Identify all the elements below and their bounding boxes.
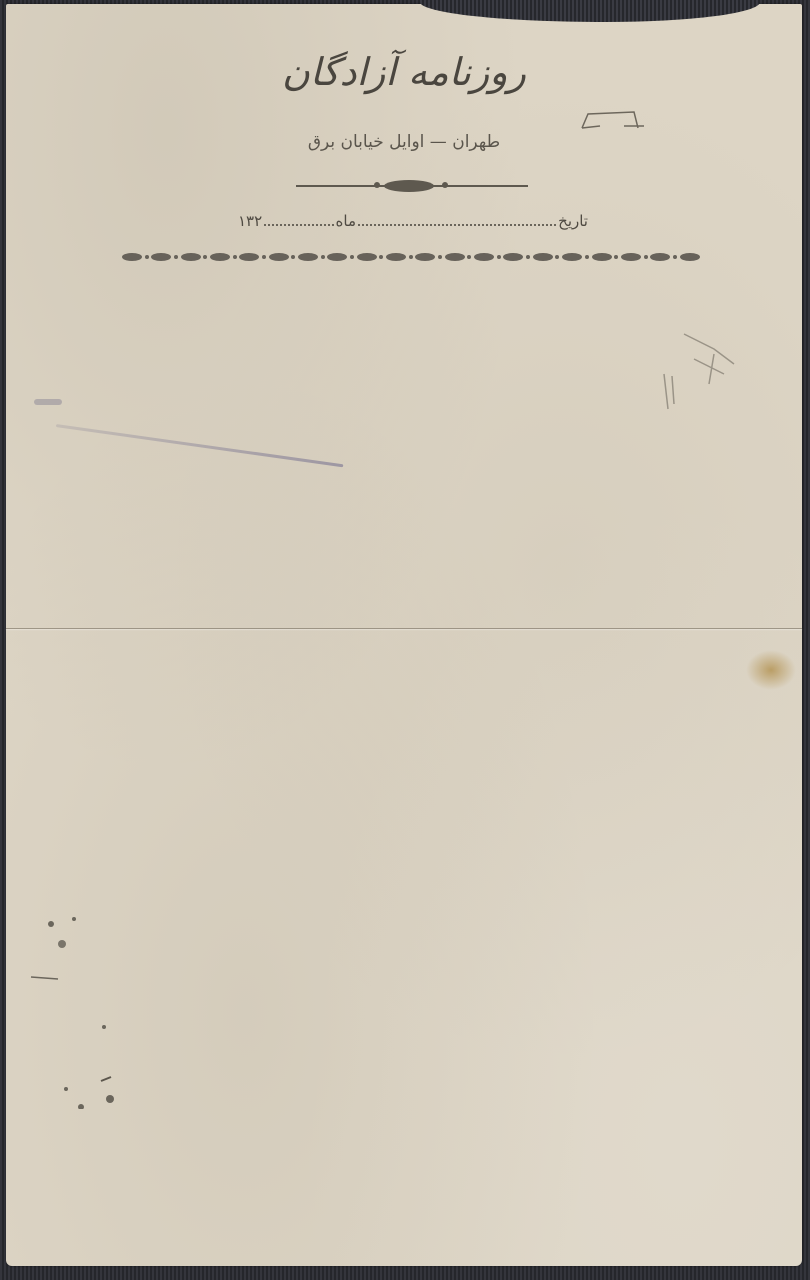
day-blank bbox=[358, 212, 556, 226]
ornament-divider-chain bbox=[122, 252, 700, 262]
masthead-title: روزنامه آزادگان bbox=[6, 50, 802, 94]
address-line: طهران — اوایل خیابان برق bbox=[6, 132, 802, 152]
ink-specks-icon bbox=[26, 899, 126, 1109]
month-blank bbox=[264, 212, 333, 226]
ink-streak bbox=[56, 424, 344, 467]
ornament-divider-small bbox=[296, 185, 528, 187]
pencil-mark-icon bbox=[578, 108, 644, 134]
letterhead-paper: روزنامه آزادگان طهران — اوایل خیابان برق… bbox=[6, 4, 802, 1266]
date-field: تاریخ ماه ۱۳۲ bbox=[238, 212, 588, 230]
stain bbox=[746, 650, 796, 690]
pencil-scribble-icon bbox=[654, 314, 764, 414]
ink-mark bbox=[34, 399, 62, 405]
year-prefix: ۱۳۲ bbox=[238, 212, 262, 230]
month-label: ماه bbox=[336, 212, 356, 230]
fold-crease bbox=[6, 628, 802, 629]
date-label: تاریخ bbox=[558, 212, 588, 230]
